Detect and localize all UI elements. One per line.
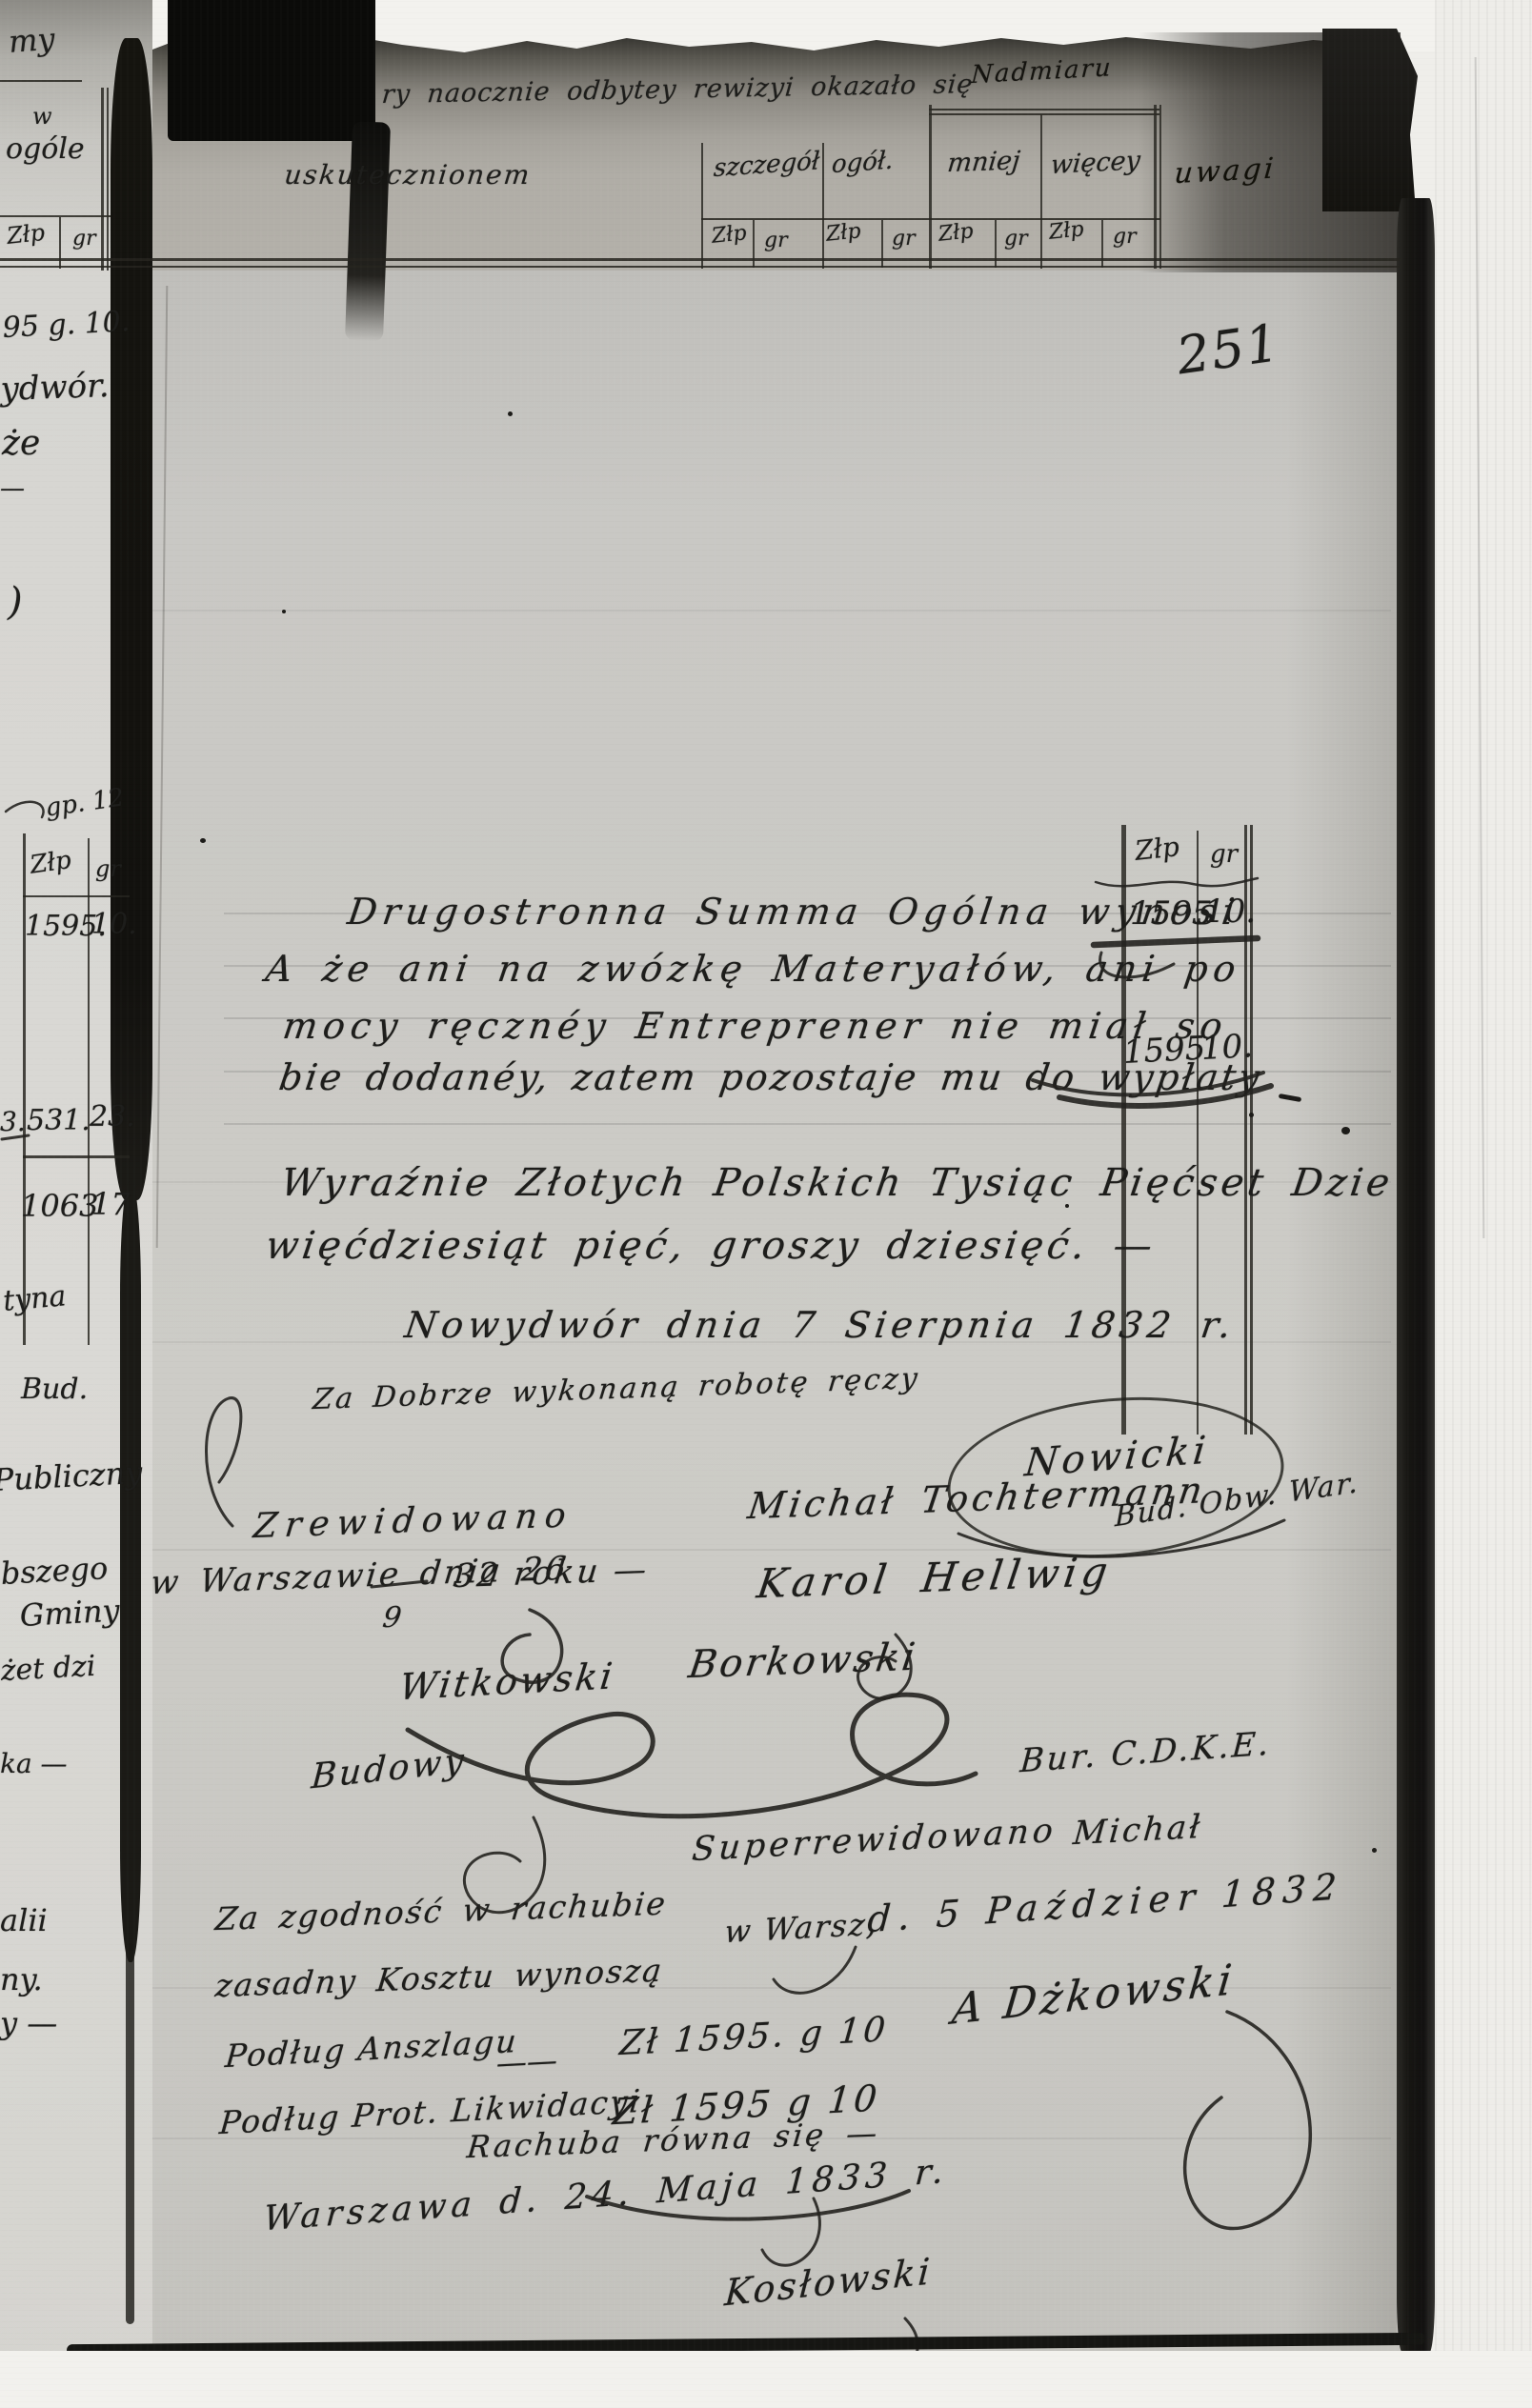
scan-streak — [152, 610, 1391, 612]
margin-fragment: ydwór. — [0, 370, 110, 406]
scanner-backing-bottom — [0, 2351, 1532, 2408]
margin-table-value: 23. — [90, 1103, 135, 1132]
header-col-szczegol: szczegół — [713, 149, 820, 181]
gutter-band-bottom — [126, 1943, 134, 2324]
margin-table-value: 10. — [91, 911, 137, 939]
table-line — [23, 1155, 130, 1158]
table-line — [701, 143, 703, 269]
header-unit-gr: gr — [1113, 227, 1137, 248]
pencil-rule — [224, 1123, 1391, 1125]
margin-fragment: tyna — [2, 1282, 68, 1316]
ink-speck — [508, 411, 513, 416]
margin-fragment: Gminy — [19, 1595, 120, 1631]
margin-table-value: 1063 — [21, 1191, 98, 1221]
margin-fragment: ny. — [0, 1964, 43, 1995]
header-unit-zl: Złp — [825, 221, 862, 246]
margin-fragment: ) — [8, 583, 23, 621]
table-line — [701, 218, 1160, 220]
table-line — [929, 113, 1159, 115]
table-line — [1040, 114, 1042, 269]
left-header-fragment: my — [8, 24, 56, 57]
page-number: 251 — [1174, 317, 1284, 383]
table-line — [101, 88, 104, 271]
left-header-ogole: ogóle — [6, 135, 85, 164]
header-title-line2: uskutecznionem — [283, 162, 533, 189]
superrevision-name: Michał — [1072, 1811, 1204, 1850]
table-line — [929, 109, 1159, 110]
table-line — [23, 895, 130, 897]
body-paragraph2-line2: więćdziesiąt pięć, groszy dziesięć. — — [263, 1227, 1158, 1265]
margin-fragment: — — [0, 476, 25, 501]
margin-table-gr: gr — [95, 857, 121, 880]
header-unit-zl: Złp — [937, 221, 975, 246]
ink-speck — [1341, 1127, 1350, 1134]
header-unit-zl: Złp — [711, 223, 748, 248]
margin-table-value: 531. — [27, 1107, 91, 1135]
table-line — [0, 258, 1401, 261]
body-paragraph2-line1: Wyraźnie Złotych Polskich Tysiąc Pięćset… — [278, 1164, 1395, 1202]
margin-table-zlp: Złp — [29, 848, 72, 878]
table-line — [0, 80, 82, 82]
gutter-band-lower — [120, 1181, 141, 1962]
margin-fragment: Bud. — [21, 1375, 88, 1404]
margin-fragment: bszego — [0, 1553, 109, 1589]
table-line — [822, 143, 824, 269]
ink-speck — [1065, 1204, 1069, 1208]
header-col-ogol: ogół. — [831, 148, 894, 177]
amount-header-gr: gr — [1210, 842, 1238, 867]
ink-speck — [1249, 1113, 1254, 1117]
page-right-shade — [1286, 272, 1397, 2339]
body-dateline: Nowydwór dnia 7 Sierpnia 1832 r. — [403, 1307, 1239, 1343]
body-paragraph1-line4: bie dodanéy, zatem pozostaje mu do wypła… — [277, 1059, 1264, 1095]
signature-borkowski: Borkowski — [686, 1638, 919, 1685]
gutter-fold-diagonal — [345, 121, 391, 341]
page-edge-shadow — [1397, 198, 1435, 2353]
signature-witkowski: Witkowski — [397, 1657, 616, 1705]
margin-fragment: y — — [0, 2008, 57, 2038]
left-header-zlp: Złp — [6, 221, 46, 248]
left-header-gr: gr — [72, 229, 96, 250]
margin-table-outer: 3. — [0, 1109, 26, 1135]
header-unit-gr: gr — [764, 231, 788, 251]
header-unit-gr: gr — [1004, 229, 1028, 250]
header-col-uwagi: uwagi — [1173, 154, 1277, 189]
table-line — [1154, 105, 1157, 269]
ink-speck — [200, 838, 206, 843]
table-line — [929, 105, 932, 269]
signature-hellwig: Karol Hellwig — [755, 1552, 1115, 1604]
scanned-document: my w ogóle Złp gr ry naocznie odbytey re… — [0, 0, 1532, 2408]
revision-place-tail: 32 roku — — [452, 1554, 651, 1593]
superrevision-place: w Warsz, — [723, 1909, 879, 1948]
left-header-w: w — [32, 105, 52, 128]
page-corner-shadow — [1322, 29, 1418, 211]
scan-streak — [152, 1549, 1391, 1551]
margin-fragment: Publiczny — [0, 1457, 143, 1495]
header-group-label: Nadmiaru — [971, 55, 1114, 88]
header-unit-gr: gr — [892, 229, 916, 250]
ink-speck — [1372, 1848, 1377, 1853]
margin-fragment: żet dzi — [0, 1653, 96, 1686]
table-line — [0, 215, 111, 217]
margin-fragment: 95 g. 10. — [2, 308, 131, 343]
header-col-mniej: mniej — [946, 148, 1021, 176]
body-paragraph1-line3: mocy ręcznéy Entreprener nie miał so — [281, 1008, 1231, 1044]
table-line — [107, 88, 109, 271]
body-paragraph1-line2: A że ani na zwózkę Materyałów, ani po — [264, 951, 1244, 987]
table-line — [0, 266, 1401, 268]
gutter-band — [111, 38, 152, 1200]
margin-table-value: 17 — [91, 1189, 131, 1219]
gutter-fold-block — [168, 0, 375, 141]
table-line — [1159, 105, 1161, 269]
amount-header-zlp: Złp — [1134, 833, 1180, 865]
ink-speck — [282, 610, 286, 613]
accounting-row1-dash: —— — [495, 2045, 558, 2078]
body-paragraph1-line1: Drugostronna Summa Ogólna wynosi — [346, 893, 1242, 930]
header-col-wiecej: więcey — [1050, 148, 1141, 178]
margin-fragment: że — [2, 427, 40, 461]
margin-fragment: alii — [0, 1905, 48, 1936]
header-unit-zl: Złp — [1048, 219, 1085, 244]
margin-fragment: ka — — [0, 1751, 68, 1777]
